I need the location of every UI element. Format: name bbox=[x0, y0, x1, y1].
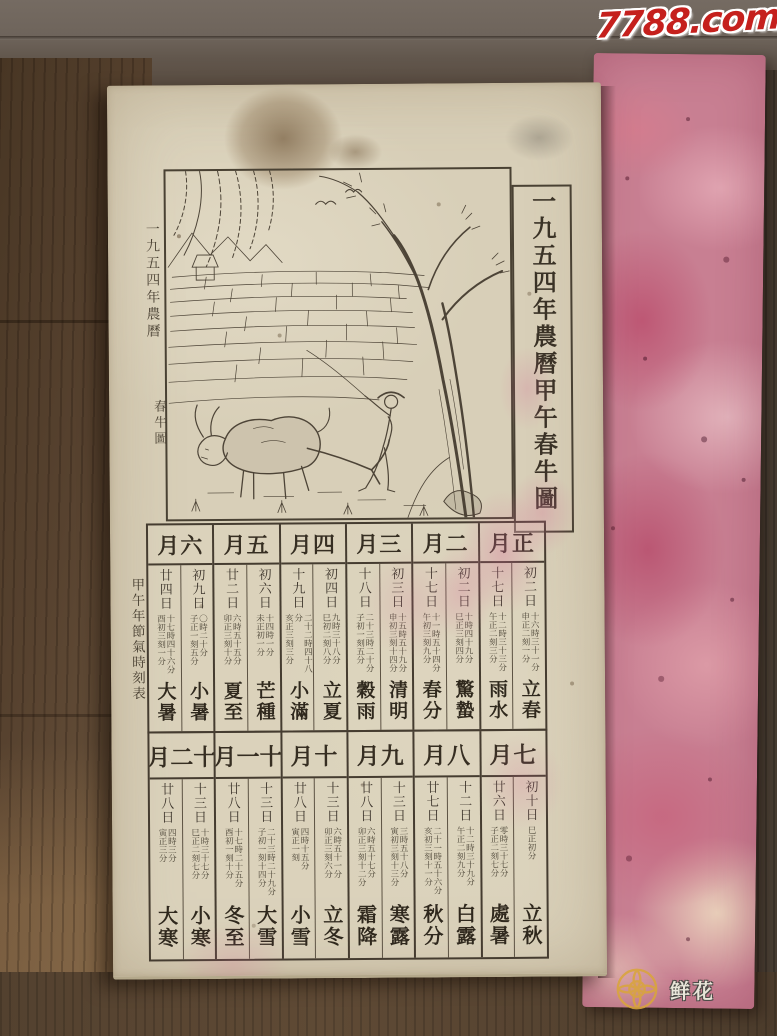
month-entries: 初九日〇時二十分子正一刻五分小暑廿四日十七時四十六分酉初三刻一分大暑 bbox=[148, 565, 213, 731]
term-times: 六時五十五分卯正三刻十分 bbox=[221, 614, 240, 681]
term-times: 二十一時五十六分亥初三刻十一分 bbox=[422, 826, 441, 903]
time-traditional: 酉初一刻十分 bbox=[223, 828, 233, 879]
time-modern: 零時三十七分 bbox=[498, 826, 508, 877]
lunar-date: 初四日 bbox=[323, 567, 336, 613]
solar-term-name: 春分 bbox=[421, 679, 440, 727]
solar-term-entry: 初九日〇時二十分子正一刻五分小暑 bbox=[181, 565, 214, 731]
time-modern: 六時五十七分 bbox=[365, 827, 375, 878]
solar-term-entry: 十三日六時五十一分卯正三刻六分立冬 bbox=[315, 778, 348, 958]
time-traditional: 午正二刻三分 bbox=[487, 612, 497, 663]
title-strip: 一九五四年農曆甲午春牛圖 bbox=[512, 184, 574, 532]
month-entries: 十三日六時五十一分卯正三刻六分立冬廿八日四時十五分寅正一刻小雪 bbox=[282, 778, 348, 958]
month-name: 月九 bbox=[348, 732, 413, 778]
time-modern: 十四時一分 bbox=[263, 614, 273, 657]
solar-term-name: 立夏 bbox=[321, 680, 340, 728]
lunar-date: 十三日 bbox=[192, 782, 205, 828]
lunar-date: 廿四日 bbox=[158, 568, 171, 614]
solar-term-entry: 廿八日四時十五分寅正一刻小雪 bbox=[282, 778, 316, 958]
month-entries: 十二日十二時三十九分午正二刻九分白露廿七日二十一時五十六分亥初三刻十一分秋分 bbox=[415, 777, 481, 957]
term-times: 六時五十一分卯正三刻六分 bbox=[322, 827, 341, 904]
time-traditional: 巳正二刻七分 bbox=[189, 828, 199, 879]
month-entries: 十三日三時五十八分寅初三刻十三分寒露廿八日六時五十七分卯正三刻十二分霜降 bbox=[349, 778, 415, 958]
time-modern: 三時五十八分 bbox=[398, 827, 408, 878]
seller-badge: 鲜花 bbox=[612, 964, 716, 1014]
term-times: 四時三分寅正三分 bbox=[157, 828, 176, 905]
farm-hut bbox=[192, 255, 218, 280]
time-traditional: 午初三刻九分 bbox=[420, 612, 430, 663]
solar-term-entry: 初六日十四時一分未正初一分芒種 bbox=[247, 565, 280, 731]
term-times: 三時五十八分寅初三刻十三分 bbox=[388, 827, 407, 904]
month-column-十一月: 月一十十三日二十三時二十九分子初一刻十四分大雪廿八日十七時二十五分酉初一刻十分冬… bbox=[216, 733, 284, 959]
solar-term-entry: 十七日十二時三十三分午正二刻三分雨水 bbox=[480, 563, 514, 729]
month-name: 月七 bbox=[481, 731, 546, 777]
solar-terms-table-upper: 月正初二日十六時三十一分申正二刻一分立春十七日十二時三十三分午正二刻三分雨水月二… bbox=[146, 521, 547, 734]
solar-term-entry: 初二日十時四十九分巳正三刻四分驚蟄 bbox=[446, 563, 479, 729]
month-name: 月四 bbox=[281, 524, 346, 564]
table-caption-label: 甲午年節氣時刻表 bbox=[126, 577, 147, 753]
month-entries: 十三日二十三時二十九分子初一刻十四分大雪廿八日十七時二十五分酉初一刻十分冬至 bbox=[216, 779, 282, 959]
time-traditional: 卯正三刻十分 bbox=[221, 614, 231, 665]
term-times: 十五時五十九分申初三刻十四分 bbox=[387, 613, 406, 680]
solar-term-entry: 十九日二十二時四十八分亥正三刻三分小滿 bbox=[281, 564, 315, 730]
term-times: 十時四十九分巳正三刻四分 bbox=[453, 612, 472, 679]
solar-term-name: 夏至 bbox=[222, 681, 241, 729]
solar-term-name: 大雪 bbox=[255, 905, 275, 957]
term-times: 四時十五分寅正一刻 bbox=[289, 827, 308, 904]
time-traditional: 未正初一分 bbox=[254, 614, 264, 657]
month-entries: 初六日十四時一分未正初一分芒種廿二日六時五十五分卯正三刻十分夏至 bbox=[215, 565, 280, 731]
time-modern: 二十三時二十九分 bbox=[265, 828, 275, 896]
term-times: 十七時二十五分酉初一刻十分 bbox=[223, 828, 242, 905]
solar-term-name: 白露 bbox=[454, 903, 474, 955]
solar-term-name: 秋分 bbox=[422, 903, 442, 955]
solar-term-name: 處暑 bbox=[488, 903, 508, 955]
month-name: 月二十 bbox=[149, 733, 214, 779]
lunar-date: 十二日 bbox=[457, 780, 470, 826]
solar-term-name: 立秋 bbox=[521, 903, 541, 955]
time-traditional: 巳正初分 bbox=[526, 826, 536, 860]
margin-label-year: 一九五四年農曆 bbox=[142, 221, 163, 417]
illustration-frame bbox=[163, 167, 513, 521]
time-modern: 十七時四十六分 bbox=[164, 614, 174, 674]
month-name: 月十 bbox=[282, 732, 347, 778]
willow-branches bbox=[173, 171, 273, 268]
term-times: 〇時二十分子正一刻五分 bbox=[188, 614, 207, 681]
flower-badge-icon bbox=[612, 964, 662, 1014]
time-modern: 四時三分 bbox=[166, 828, 176, 862]
solar-term-entry: 初二日十六時三十一分申正二刻一分立春 bbox=[513, 563, 546, 729]
lunar-date: 初二日 bbox=[522, 566, 535, 612]
time-modern: 六時五十一分 bbox=[331, 827, 341, 878]
month-entries: 十三日十時三十七分巳正二刻七分小寒廿八日四時三分寅正三分大寒 bbox=[150, 779, 216, 959]
old-tree bbox=[320, 172, 511, 518]
time-traditional: 子正二刻七分 bbox=[488, 826, 498, 877]
time-traditional: 子初一刻十四分 bbox=[256, 828, 266, 888]
almanac-page: 一九五四年農曆 春牛圖 甲午年節氣時刻表 bbox=[107, 82, 607, 979]
month-name: 月三 bbox=[347, 524, 412, 564]
time-modern: 十一時五十四分 bbox=[430, 612, 440, 672]
term-times: 十時三十七分巳正二刻七分 bbox=[189, 828, 208, 905]
month-entries: 初四日九時三十八分巳初二刻八分立夏十九日二十二時四十八分亥正三刻三分小滿 bbox=[281, 564, 346, 730]
month-name: 月一十 bbox=[216, 733, 281, 779]
time-modern: 十七時二十五分 bbox=[232, 828, 242, 888]
solar-term-entry: 十七日十一時五十四分午初三刻九分春分 bbox=[414, 563, 448, 729]
photo-of-1954-almanac: 一九五四年農曆 春牛圖 甲午年節氣時刻表 bbox=[0, 0, 777, 1036]
solar-term-name: 寒露 bbox=[388, 904, 408, 956]
rocks bbox=[444, 490, 482, 515]
term-times: 十四時一分未正初一分 bbox=[254, 614, 273, 681]
lunar-date: 廿八日 bbox=[358, 781, 371, 827]
time-modern: 十二時三十九分 bbox=[464, 826, 474, 886]
distant-mountains bbox=[168, 233, 282, 268]
month-column-三月: 月三初三日十五時五十九分申初三刻十四分清明十八日二十三時二十分子初一刻五分穀雨 bbox=[347, 524, 415, 730]
lunar-date: 初九日 bbox=[190, 568, 203, 614]
solar-term-name: 驚蟄 bbox=[453, 679, 472, 727]
solar-term-name: 冬至 bbox=[223, 905, 243, 957]
paper-stain bbox=[493, 106, 585, 169]
solar-term-name: 大寒 bbox=[156, 905, 176, 957]
farmer bbox=[358, 392, 405, 492]
month-entries: 初二日十時四十九分巳正三刻四分驚蟄十七日十一時五十四分午初三刻九分春分 bbox=[414, 563, 479, 729]
month-name: 月六 bbox=[148, 525, 213, 565]
time-traditional: 子正一刻五分 bbox=[188, 614, 198, 665]
lunar-date: 廿六日 bbox=[491, 780, 504, 826]
solar-term-entry: 十八日二十三時二十分子初一刻五分穀雨 bbox=[347, 564, 381, 730]
solar-term-entry: 廿七日二十一時五十六分亥初三刻十一分秋分 bbox=[415, 777, 449, 957]
solar-term-name: 雨水 bbox=[487, 679, 506, 727]
solar-term-entry: 廿八日六時五十七分卯正三刻十二分霜降 bbox=[349, 778, 383, 958]
time-modern: 十時三十七分 bbox=[199, 828, 209, 879]
lunar-date: 初三日 bbox=[389, 567, 402, 613]
month-name: 月正 bbox=[480, 523, 545, 563]
month-column-七月: 月七初十日巳正初分立秋廿六日零時三十七分子正二刻七分處暑 bbox=[481, 731, 547, 957]
term-times: 十二時三十三分午正二刻三分 bbox=[487, 612, 506, 679]
lunar-date: 十八日 bbox=[357, 567, 370, 613]
time-modern: 九時三十八分 bbox=[330, 613, 340, 664]
badge-text: 鲜花 bbox=[670, 975, 716, 1004]
month-column-二月: 月二初二日十時四十九分巳正三刻四分驚蟄十七日十一時五十四分午初三刻九分春分 bbox=[413, 523, 481, 729]
page-title: 一九五四年農曆甲午春牛圖 bbox=[530, 187, 556, 513]
solar-term-entry: 廿八日四時三分寅正三分大寒 bbox=[150, 779, 184, 959]
solar-term-name: 小暑 bbox=[188, 681, 207, 729]
lunar-date: 十七日 bbox=[489, 566, 502, 612]
time-traditional: 巳正三刻四分 bbox=[453, 612, 463, 663]
solar-term-name: 小雪 bbox=[289, 904, 309, 956]
solar-terms-table-lower: 月七初十日巳正初分立秋廿六日零時三十七分子正二刻七分處暑月八十二日十二時三十九分… bbox=[147, 729, 549, 962]
solar-term-entry: 十三日三時五十八分寅初三刻十三分寒露 bbox=[381, 778, 414, 958]
month-name: 月二 bbox=[413, 523, 478, 563]
solar-term-name: 穀雨 bbox=[354, 680, 373, 728]
month-column-八月: 月八十二日十二時三十九分午正二刻九分白露廿七日二十一時五十六分亥初三刻十一分秋分 bbox=[415, 731, 483, 957]
solar-term-entry: 廿二日六時五十五分卯正三刻十分夏至 bbox=[215, 565, 249, 731]
time-modern: 十五時五十九分 bbox=[396, 613, 406, 673]
month-column-六月: 月六初九日〇時二十分子正一刻五分小暑廿四日十七時四十六分酉初三刻一分大暑 bbox=[148, 525, 216, 731]
time-traditional: 酉初三刻一分 bbox=[155, 614, 165, 665]
term-times: 二十三時二十九分子初一刻十四分 bbox=[256, 828, 275, 905]
month-column-正月: 月正初二日十六時三十一分申正二刻一分立春十七日十二時三十三分午正二刻三分雨水 bbox=[480, 523, 546, 729]
solar-term-entry: 十二日十二時三十九分午正二刻九分白露 bbox=[448, 777, 481, 957]
solar-term-entry: 廿四日十七時四十六分酉初三刻一分大暑 bbox=[148, 565, 182, 731]
solar-term-entry: 初四日九時三十八分巳初二刻八分立夏 bbox=[314, 564, 347, 730]
term-times: 零時三十七分子正二刻七分 bbox=[488, 826, 507, 903]
time-modern: 二十二時四十八分 bbox=[292, 613, 311, 680]
term-times: 二十二時四十八分亥正三刻三分 bbox=[283, 613, 311, 680]
time-traditional: 亥初三刻十一分 bbox=[422, 826, 432, 886]
solar-term-name: 小滿 bbox=[288, 680, 307, 728]
month-name: 月五 bbox=[214, 525, 279, 565]
solar-term-name: 霜降 bbox=[355, 904, 375, 956]
term-times: 九時三十八分巳初二刻八分 bbox=[320, 613, 339, 680]
term-times: 十二時三十九分午正二刻九分 bbox=[455, 826, 474, 903]
time-traditional: 亥正三刻三分 bbox=[283, 613, 293, 664]
month-column-九月: 月九十三日三時五十八分寅初三刻十三分寒露廿八日六時五十七分卯正三刻十二分霜降 bbox=[348, 732, 416, 958]
grass-tufts bbox=[192, 498, 428, 518]
time-modern: 二十三時二十分 bbox=[363, 613, 373, 673]
lunar-date: 十三日 bbox=[391, 781, 404, 827]
solar-term-name: 立冬 bbox=[322, 904, 342, 956]
lunar-date: 廿八日 bbox=[292, 781, 305, 827]
time-traditional: 申初三刻十四分 bbox=[387, 613, 397, 673]
lunar-date: 廿八日 bbox=[159, 782, 172, 828]
solar-term-entry: 十三日二十三時二十九分子初一刻十四分大雪 bbox=[249, 779, 282, 959]
solar-term-name: 芒種 bbox=[254, 681, 273, 729]
term-times: 十七時四十六分酉初三刻一分 bbox=[155, 614, 174, 681]
time-traditional: 寅正一刻 bbox=[289, 827, 299, 861]
solar-term-entry: 十三日十時三十七分巳正二刻七分小寒 bbox=[182, 779, 215, 959]
lunar-date: 初二日 bbox=[456, 566, 469, 612]
time-traditional: 卯正三刻六分 bbox=[322, 827, 332, 878]
solar-term-entry: 初三日十五時五十九分申初三刻十四分清明 bbox=[380, 564, 413, 730]
time-traditional: 寅初三刻十三分 bbox=[388, 827, 398, 887]
solar-term-entry: 廿六日零時三十七分子正二刻七分處暑 bbox=[481, 777, 515, 957]
solar-term-name: 大暑 bbox=[155, 681, 174, 729]
lunar-date: 十九日 bbox=[290, 567, 303, 613]
time-modern: 十時四十九分 bbox=[462, 612, 472, 663]
month-entries: 初三日十五時五十九分申初三刻十四分清明十八日二十三時二十分子初一刻五分穀雨 bbox=[347, 564, 412, 730]
lunar-date: 廿七日 bbox=[424, 780, 437, 826]
time-modern: 二十一時五十六分 bbox=[431, 826, 441, 894]
solar-term-entry: 初十日巳正初分立秋 bbox=[514, 777, 547, 957]
lunar-date: 初十日 bbox=[523, 780, 536, 826]
term-times: 六時五十七分卯正三刻十二分 bbox=[356, 827, 375, 904]
paper-specks bbox=[107, 86, 109, 88]
solar-term-name: 清明 bbox=[387, 680, 406, 728]
time-modern: 十二時三十三分 bbox=[496, 612, 506, 672]
whip bbox=[307, 350, 365, 396]
time-traditional: 申正二刻一分 bbox=[519, 612, 529, 663]
term-times: 巳正初分 bbox=[526, 826, 536, 903]
solar-term-name: 立春 bbox=[520, 679, 539, 727]
month-entries: 初十日巳正初分立秋廿六日零時三十七分子正二刻七分處暑 bbox=[481, 777, 547, 957]
solar-terms-tables: 月正初二日十六時三十一分申正二刻一分立春十七日十二時三十三分午正二刻三分雨水月二… bbox=[146, 521, 549, 962]
pink-page-specks bbox=[598, 57, 600, 59]
solar-term-entry: 廿八日十七時二十五分酉初一刻十分冬至 bbox=[216, 779, 250, 959]
month-column-五月: 月五初六日十四時一分未正初一分芒種廿二日六時五十五分卯正三刻十分夏至 bbox=[214, 525, 282, 731]
lunar-date: 十七日 bbox=[423, 566, 436, 612]
solar-term-name: 小寒 bbox=[189, 905, 209, 957]
time-modern: 六時五十五分 bbox=[231, 614, 241, 665]
time-modern: 十六時三十一分 bbox=[529, 612, 539, 672]
term-times: 十六時三十一分申正二刻一分 bbox=[519, 612, 538, 679]
term-times: 二十三時二十分子初一刻五分 bbox=[354, 613, 373, 680]
lunar-date: 廿二日 bbox=[224, 568, 237, 614]
water-buffalo bbox=[195, 404, 330, 499]
lunar-date: 初六日 bbox=[257, 568, 270, 614]
paddy-fields bbox=[168, 270, 429, 403]
time-modern: 四時十五分 bbox=[299, 827, 309, 870]
time-traditional: 巳初二刻八分 bbox=[320, 613, 330, 664]
month-column-十二月: 月二十十三日十時三十七分巳正二刻七分小寒廿八日四時三分寅正三分大寒 bbox=[149, 733, 217, 959]
month-name: 月八 bbox=[415, 731, 480, 777]
time-traditional: 子初一刻五分 bbox=[354, 613, 364, 664]
time-traditional: 午正二刻九分 bbox=[455, 826, 465, 877]
lunar-date: 十三日 bbox=[324, 781, 337, 827]
month-entries: 初二日十六時三十一分申正二刻一分立春十七日十二時三十三分午正二刻三分雨水 bbox=[480, 563, 545, 729]
time-modern: 〇時二十分 bbox=[197, 614, 207, 657]
lunar-date: 十三日 bbox=[258, 782, 271, 828]
time-traditional: 寅正三分 bbox=[157, 828, 167, 862]
flying-birds bbox=[316, 189, 362, 204]
spring-ox-illustration bbox=[165, 169, 511, 519]
time-traditional: 卯正三刻十二分 bbox=[356, 827, 366, 887]
month-column-四月: 月四初四日九時三十八分巳初二刻八分立夏十九日二十二時四十八分亥正三刻三分小滿 bbox=[281, 524, 349, 730]
term-times: 十一時五十四分午初三刻九分 bbox=[420, 612, 439, 679]
month-column-十月: 月十十三日六時五十一分卯正三刻六分立冬廿八日四時十五分寅正一刻小雪 bbox=[282, 732, 350, 958]
lunar-date: 廿八日 bbox=[225, 782, 238, 828]
